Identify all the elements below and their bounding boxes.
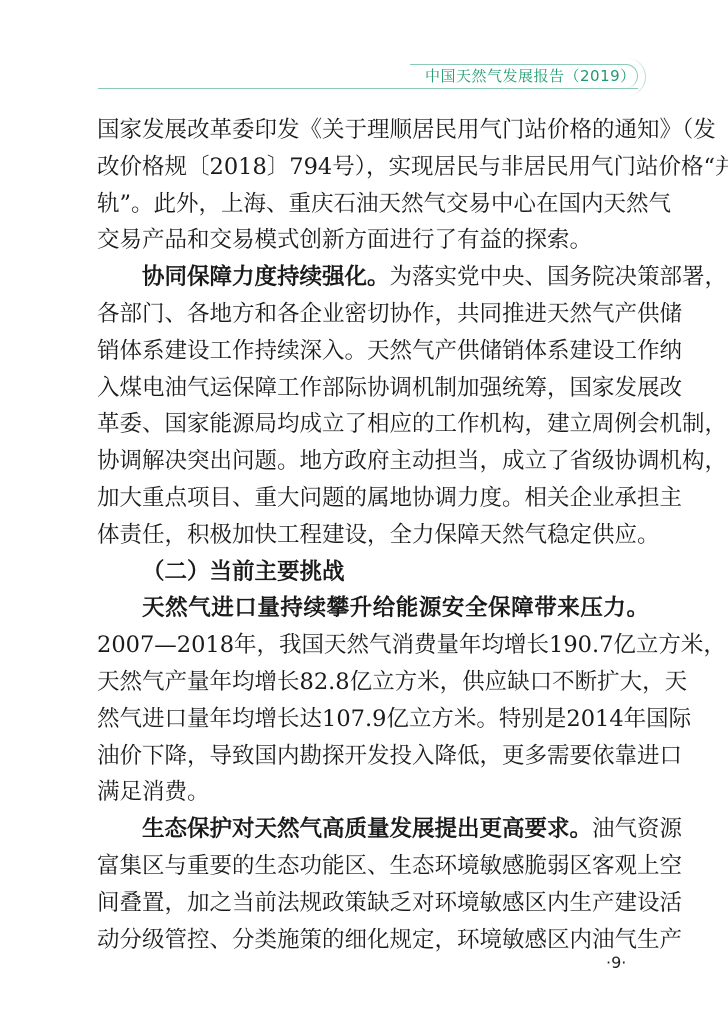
body-line: 油价下降，导致国内勘探开发投入降低，更多需要依靠进口 [97,738,649,775]
body-line: 入煤电油气运保障工作部际协调机制加强统筹，国家发展改 [97,370,649,407]
body-line: 改价格规〔2018〕794号），实现居民与非居民用气门站价格“并 [97,149,649,186]
body-line: 间叠置，加之当前法规政策缺乏对环境敏感区内生产建设活 [97,885,649,922]
body-line: 动分级管控、分类施策的细化规定，环境敏感区内油气生产 [97,922,649,959]
body-line: 体责任，积极加快工程建设，全力保障天然气稳定供应。 [97,517,649,554]
body-line: 革委、国家能源局均成立了相应的工作机构，建立周例会机制， [97,406,649,443]
body-text-run: 为落实党中央、国务院决策部署， [390,264,728,290]
section-heading: （二）当前主要挑战 [97,554,649,591]
body-line: 富集区与重要的生态功能区、生态环境敏感脆弱区客观上空 [97,848,649,885]
bold-lead-sentence: 生态保护对天然气高质量发展提出更高要求。 [142,816,592,842]
bold-lead-sentence: 天然气进口量持续攀升给能源安全保障带来压力。 [97,590,649,627]
body-line: 满足消费。 [97,774,649,811]
body-line: 各部门、各地方和各企业密切协作，共同推进天然气产供储 [97,296,649,333]
page-number: ·9· [606,953,626,972]
body-line: 轨”。此外，上海、重庆石油天然气交易中心在国内天然气 [97,186,649,223]
body-line: 协调解决突出问题。地方政府主动担当，成立了省级协调机构， [97,443,649,480]
paragraph-lead-line: 生态保护对天然气高质量发展提出更高要求。油气资源 [97,811,649,848]
body-line: 然气进口量年均增长达107.9亿立方米。特别是2014年国际 [97,701,649,738]
body-line: 天然气产量年均增长82.8亿立方米，供应缺口不断扩大，天 [97,664,649,701]
body-text-run: 油气资源 [592,816,682,842]
body-line: 加大重点项目、重大问题的属地协调力度。相关企业承担主 [97,480,649,517]
bold-lead-sentence: 协同保障力度持续强化。 [142,264,390,290]
body-line: 2007—2018年，我国天然气消费量年均增长190.7亿立方米， [97,627,649,664]
document-body: 国家发展改革委印发《关于理顺居民用气门站价格的通知》（发 改价格规〔2018〕7… [97,112,649,958]
paragraph-lead-line: 协同保障力度持续强化。为落实党中央、国务院决策部署， [97,259,649,296]
body-line: 销体系建设工作持续深入。天然气产供储销体系建设工作纳 [97,333,649,370]
body-line: 国家发展改革委印发《关于理顺居民用气门站价格的通知》（发 [97,112,649,149]
body-line: 交易产品和交易模式创新方面进行了有益的探索。 [97,222,649,259]
header-rule [98,88,638,89]
report-title: 中国天然气发展报告（2019） [425,66,636,86]
